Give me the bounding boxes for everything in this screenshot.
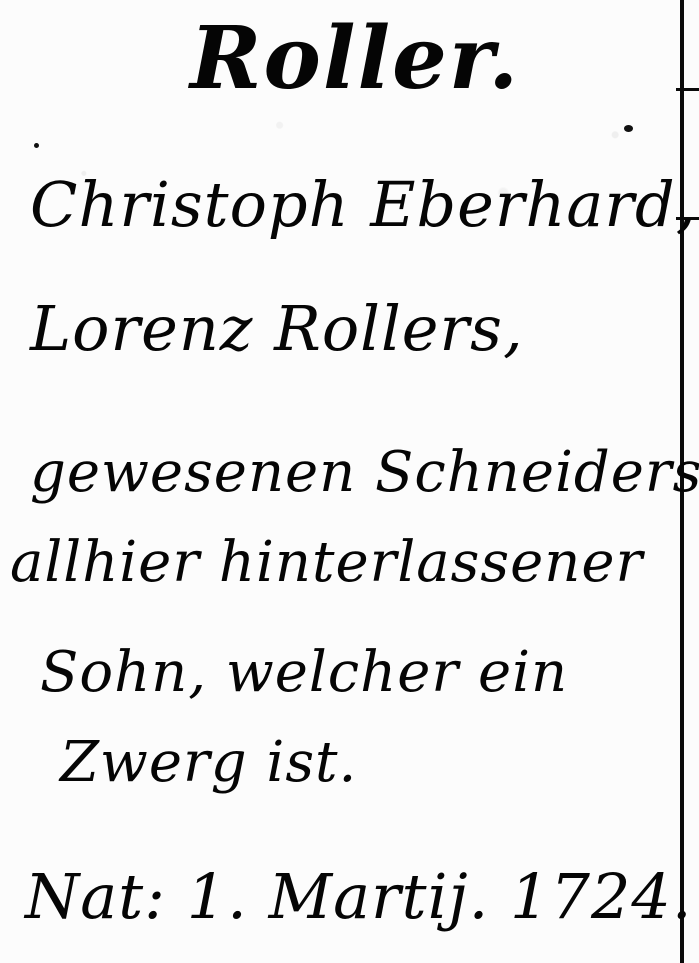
entry-line-1: Christoph Eberhard, — [30, 168, 696, 241]
entry-line-4: allhier hinterlassener — [10, 530, 643, 595]
ink-speck — [34, 143, 39, 148]
entry-surname-heading: Roller. — [190, 8, 520, 109]
entry-line-6: Zwerg ist. — [60, 730, 357, 795]
entry-line-2: Lorenz Rollers, — [30, 292, 524, 365]
entry-line-3: gewesenen Schneiders — [30, 440, 699, 505]
ink-speck — [624, 125, 633, 132]
entry-line-5: Sohn, welcher ein — [40, 640, 568, 705]
birth-date-line: Nat: 1. Martij. 1724. — [25, 860, 693, 933]
margin-tick — [676, 88, 699, 91]
